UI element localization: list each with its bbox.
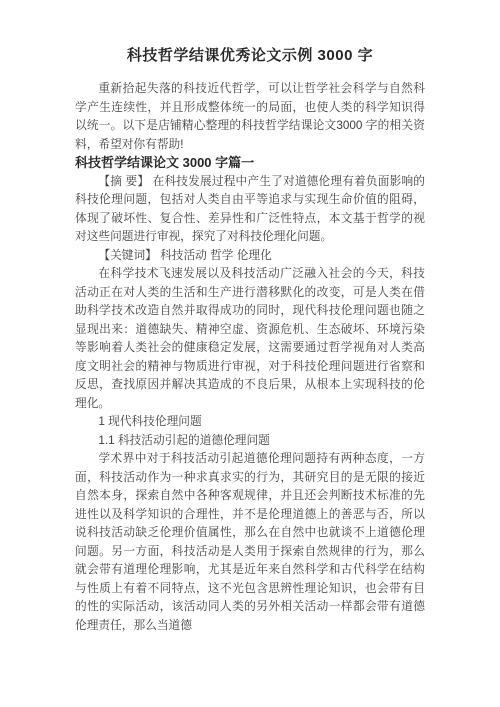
body-paragraph-section-1-1: 学术界中对于科技活动引起道德伦理问题持有两种态度，一方面，科技活动作为一种求真求…	[75, 450, 425, 635]
numbered-heading-1-1: 1.1 科技活动引起的道德伦理问题	[75, 432, 425, 451]
numbered-heading-1: 1 现代科技伦理问题	[75, 413, 425, 432]
document-page: 科技哲学结课优秀论文示例 3000 字 重新拾起失落的科技近代哲学，可以让哲学社…	[0, 0, 500, 707]
body-paragraph-introduction: 在科学技术飞速发展以及科技活动广泛融入社会的今天，科技活动正在对人类的生活和生产…	[75, 265, 425, 413]
document-title: 科技哲学结课优秀论文示例 3000 字	[75, 44, 425, 68]
section-heading-part-one: 科技哲学结课论文 3000 字篇一	[75, 154, 425, 173]
keywords-paragraph: 【关键词】 科技活动 哲学 伦理化	[75, 247, 425, 266]
abstract-paragraph: 【摘 要】 在科技发展过程中产生了对道德伦理有着负面影响的科技伦理问题，包括对人…	[75, 173, 425, 247]
intro-paragraph: 重新拾起失落的科技近代哲学，可以让哲学社会科学与自然科学产生连续性，并且形成整体…	[75, 80, 425, 154]
